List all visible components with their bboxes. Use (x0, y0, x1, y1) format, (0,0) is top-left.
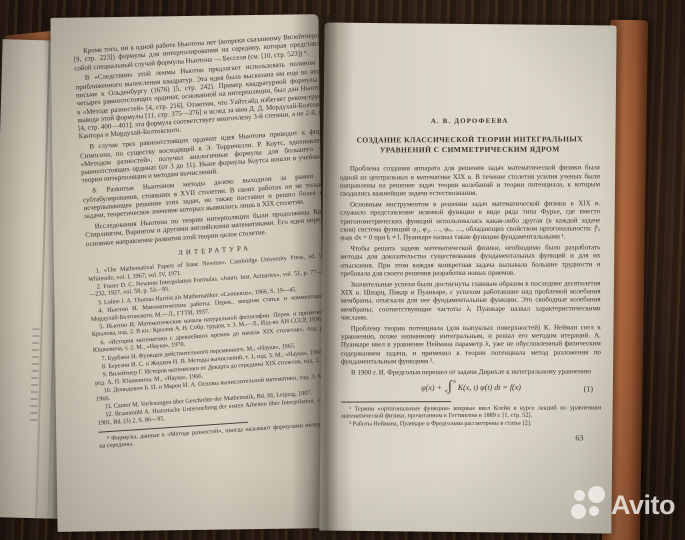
avito-dot (588, 486, 605, 503)
footnote: ¹ Термин «ортогональные функции» впервые… (341, 404, 601, 420)
footnote-block: ¹ Термин «ортогональные функции» впервые… (341, 401, 601, 428)
article-title: СОЗДАНИЕ КЛАССИЧЕСКОЙ ТЕОРИИ ИНТЕГРАЛЬНЫ… (340, 135, 600, 156)
paragraph: В 1900 г. И. Фредгольм перешел от задачи… (341, 367, 601, 377)
equation: φ(x) + b∫a K(x, t) φ(t) dt = f(x) (1) (341, 382, 601, 393)
avito-dot (571, 504, 586, 519)
watermark-label: Avito (611, 490, 675, 521)
article-author: А. В. ДОРОФЕЕВА (340, 117, 600, 127)
avito-watermark: Avito (570, 486, 675, 524)
left-page: Кроме того, ни в одной работе Ньютона не… (50, 14, 325, 532)
avito-dot (589, 506, 599, 516)
avito-dot (574, 490, 585, 501)
book-photo: Кроме того, ни в одной работе Ньютона не… (0, 0, 685, 540)
footnote: ² Работы Неймана, Пуанкаре и Фредгольма … (341, 419, 601, 428)
paragraph: Проблему теории потенциала (для выпуклых… (341, 323, 601, 366)
equation-number: (1) (584, 385, 593, 393)
right-page-text: А. В. ДОРОФЕЕВА СОЗДАНИЕ КЛАССИЧЕСКОЙ ТЕ… (340, 117, 602, 444)
article-title-line1: СОЗДАНИЕ КЛАССИЧЕСКОЙ ТЕОРИИ ИНТЕГРАЛЬНЫ… (357, 135, 583, 145)
paragraph: Основным инструментом в решении задач ма… (340, 199, 600, 242)
integral-sign: b∫a (444, 383, 456, 392)
paragraph: Проблема создания аппарата для решения з… (340, 164, 600, 199)
equation-lhs: φ(x) + (421, 383, 442, 392)
right-page: А. В. ДОРОФЕЕВА СОЗДАНИЕ КЛАССИЧЕСКОЙ ТЕ… (319, 22, 616, 533)
paragraph: В «Следствии» этой леммы Ньютон предлага… (75, 58, 326, 141)
avito-logo-icon (570, 486, 608, 524)
footnote-rule (341, 401, 451, 403)
page-number: 63 (341, 434, 601, 444)
paragraph: Значительные успехи были достигнуты глав… (341, 279, 601, 322)
paragraph: Чтобы решать задачи математической физик… (340, 243, 600, 278)
article-title-line2: УРАВНЕНИЙ С СИММЕТРИЧЕСКИМ ЯДРОМ (380, 144, 560, 154)
equation-rhs: K(x, t) φ(t) dt = f(x) (458, 383, 521, 392)
left-page-text: Кроме того, ни в одной работе Ньютона не… (73, 31, 326, 451)
